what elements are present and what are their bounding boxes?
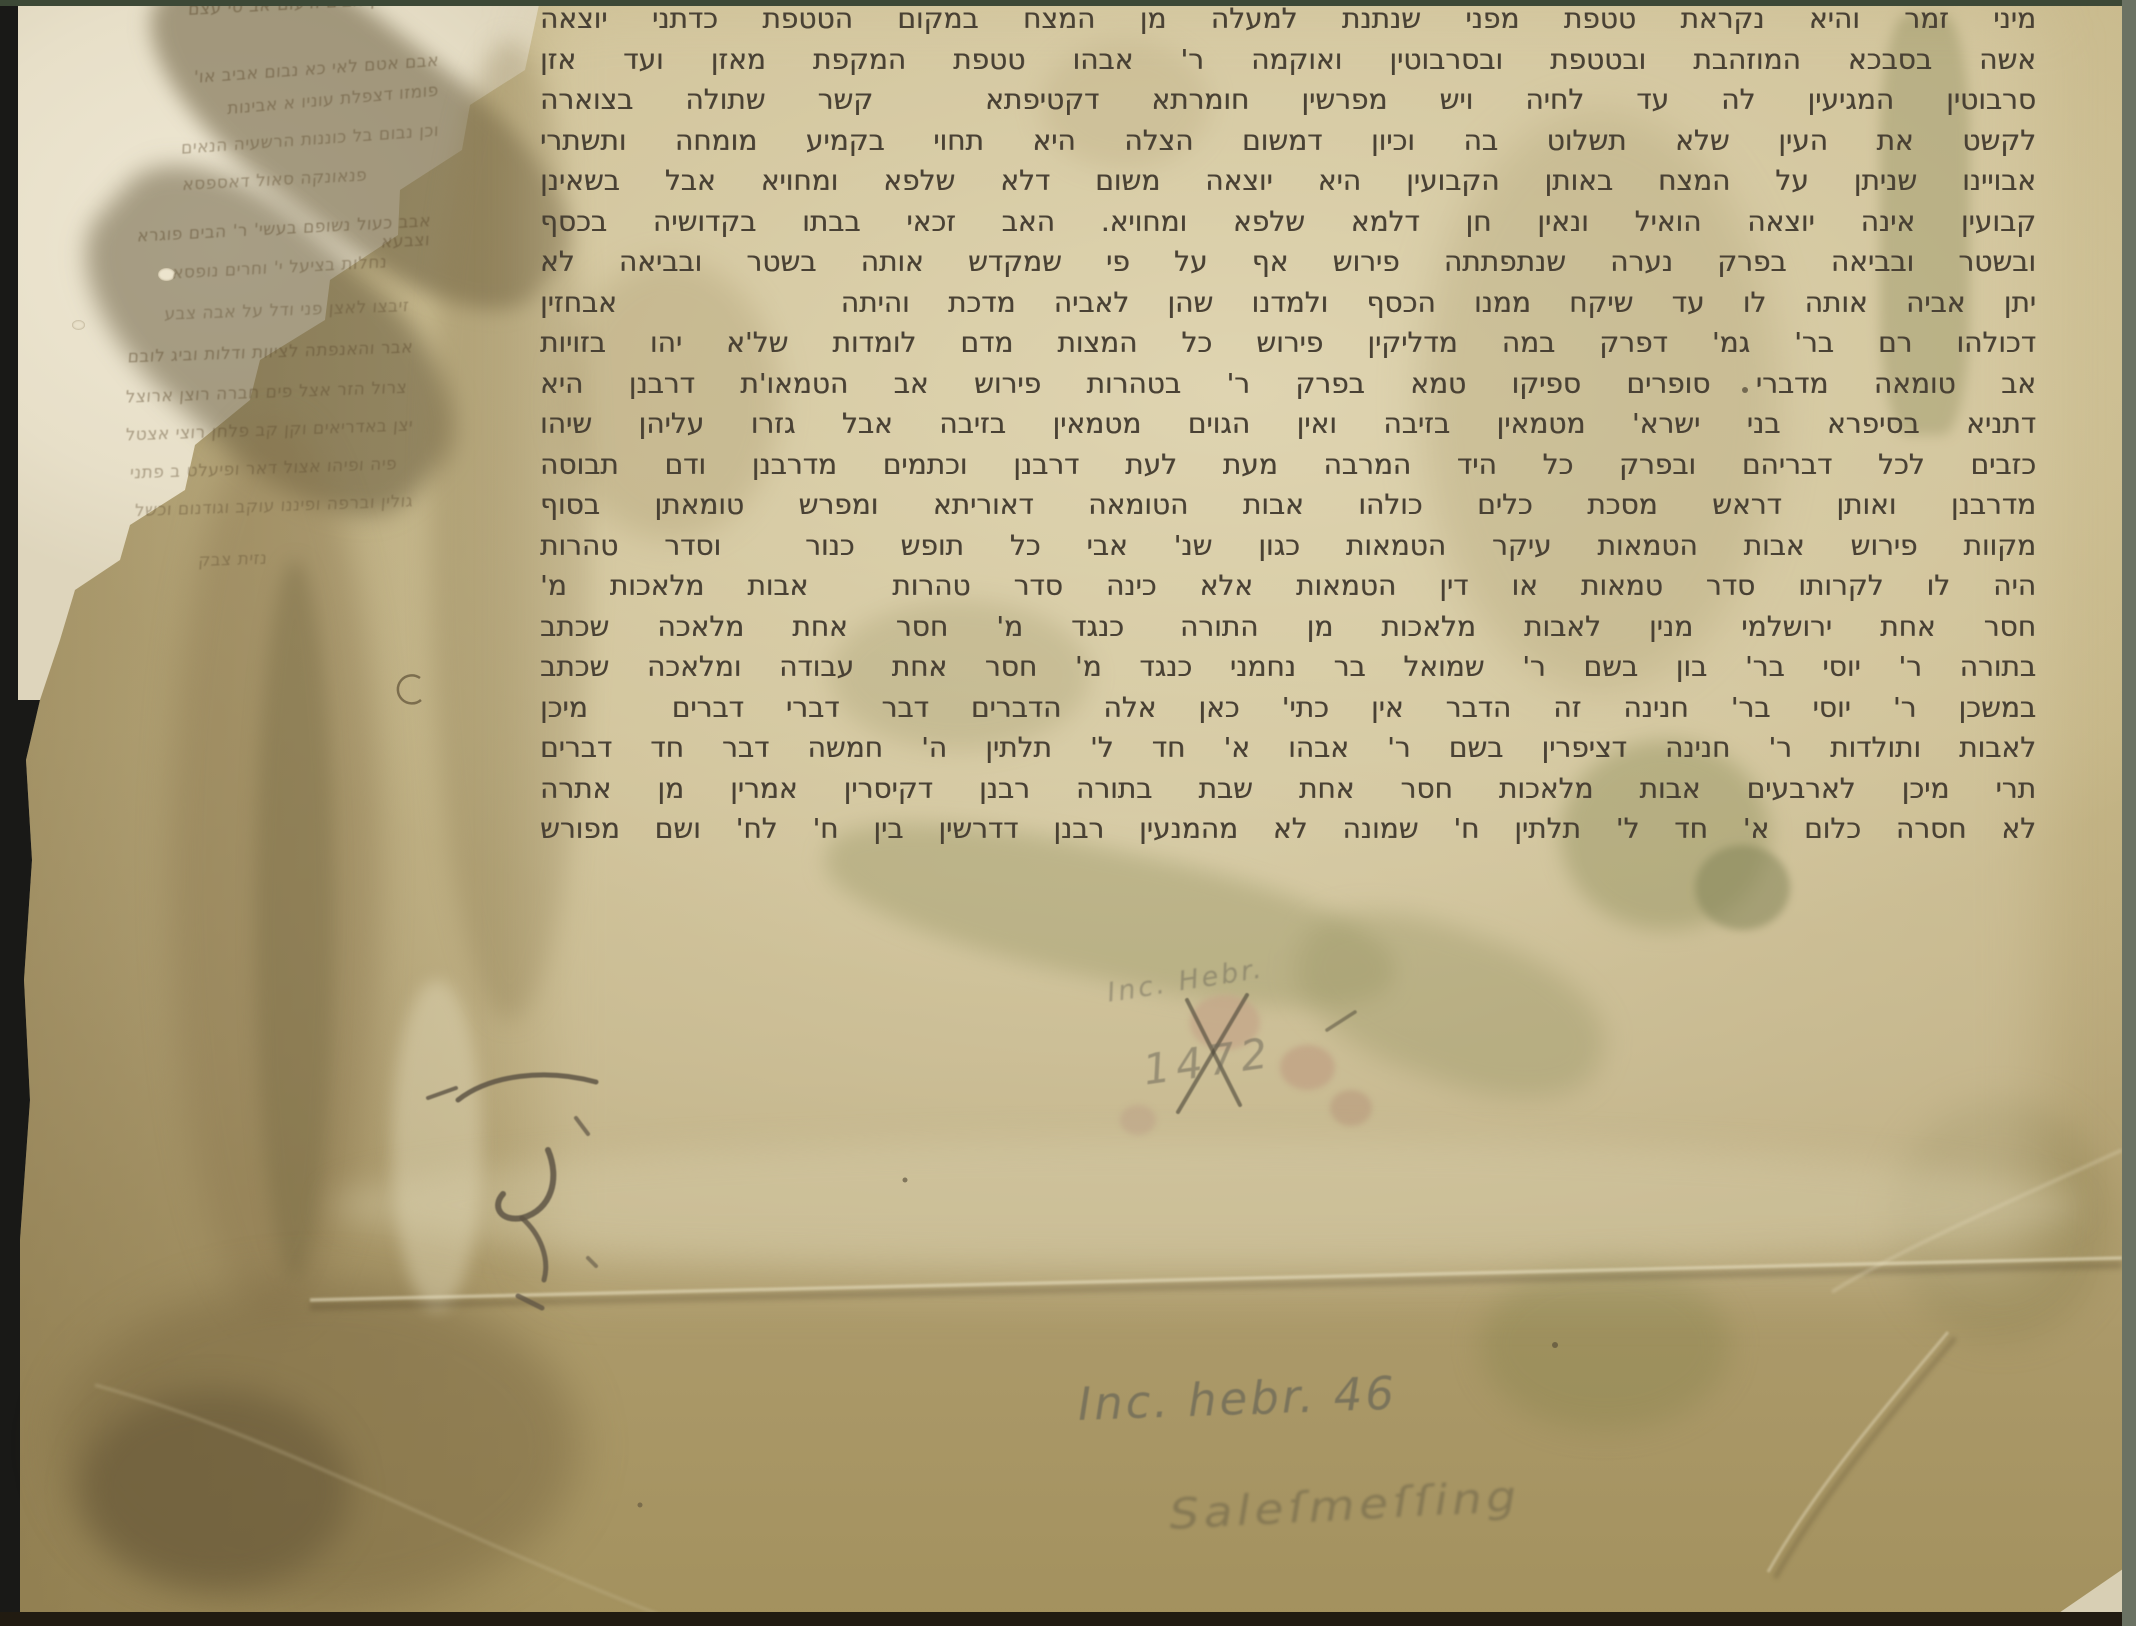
text-line: אבויינו שניתן על המצח באותן הקבועין היא … — [540, 164, 2036, 205]
text-line: כזבים לכל דבריהם ובפרק כל היד המרבה מעת … — [540, 448, 2036, 489]
text-line: ובשטר ובביאה בפרק נערה שנתפתתה פירוש אף … — [540, 245, 2036, 286]
speck — [1552, 1342, 1558, 1348]
text-line: היה לו לקרותו סדר טמאות או דין הטמאות אל… — [540, 569, 2036, 610]
scan-edge-bottom — [0, 1612, 2136, 1626]
text-line: מקוות פירוש אבות הטמאות עיקר הטמאות כגון… — [540, 529, 2036, 570]
ink-scrawl — [428, 1075, 596, 1308]
main-text-block: מיני זמר והיא נקראת טטפת מפני שנתנת למעל… — [540, 2, 2036, 853]
fold-crease-shadow — [310, 1265, 2122, 1307]
text-line: מדרבנן ואותן דראש מסכת כלים כולהו אבות ה… — [540, 488, 2036, 529]
text-line: קבועין אינה יוצאה הואיל ונאין חן דלמא של… — [540, 205, 2036, 246]
text-line: דכולהו רם בר' גמ' דפרק במה מדליקין פירוש… — [540, 326, 2036, 367]
text-line: יתן אביה אותה לו עד שיקח ממנו הכסף ולמדנ… — [540, 286, 2036, 327]
text-line: לקשט את העין שלא תשלוט בה וכיון דמשום הצ… — [540, 124, 2036, 165]
text-line: חסר אחת ירושלמי מנין לאבות מלאכות מן התו… — [540, 610, 2036, 651]
manuscript-scan: מיני זמר והיא נקראת טטפת מפני שנתנת למעל… — [0, 0, 2136, 1626]
shelfmark-inscription: Inc. hebr. 46 — [1077, 1367, 1398, 1431]
fold-crease-main — [310, 1258, 2122, 1300]
text-line: לאבות ותולדות ר' חנינה דציפרין בשם ר' אב… — [540, 731, 2036, 772]
scan-edge-top — [0, 0, 2136, 6]
text-line: במשכן ר' יוסי בר' חנינה זה הדבר אין כתי'… — [540, 691, 2036, 732]
crease-bottom-left — [95, 1385, 660, 1615]
text-line: בתורה ר' יוסי בר' בון בשם ר' שמואל בר נח… — [540, 650, 2036, 691]
text-line: תרי מיכן לארבעים אבות מלאכות חסר אחת שבת… — [540, 772, 2036, 813]
speck — [903, 1178, 908, 1183]
text-line: דתניא בסיפרא בני ישרא' מטמאין בזיבה ואין… — [540, 407, 2036, 448]
text-line: אשה בסבכא המוזהבת ובטטפת ובסרבוטין ואוקמ… — [540, 43, 2036, 84]
scan-edge-right — [2122, 0, 2136, 1626]
text-line: לא חסרה כלום א' חד ל' תלתין ח' שמונה לא … — [540, 812, 2036, 853]
text-line: מיני זמר והיא נקראת טטפת מפני שנתנת למעל… — [540, 2, 2036, 43]
crease-bottom-right — [1768, 1332, 1948, 1572]
speck — [638, 1503, 643, 1508]
hole-ring — [398, 675, 421, 703]
crease-bottom-right-shadow — [1775, 1338, 1955, 1578]
text-line: סרבוטין המגיעין לה עד לחיה ויש מפרשין חו… — [540, 83, 2036, 124]
text-line: אב טומאה מדברי סופרים ספיקו טמא בפרק ר' … — [540, 367, 2036, 408]
